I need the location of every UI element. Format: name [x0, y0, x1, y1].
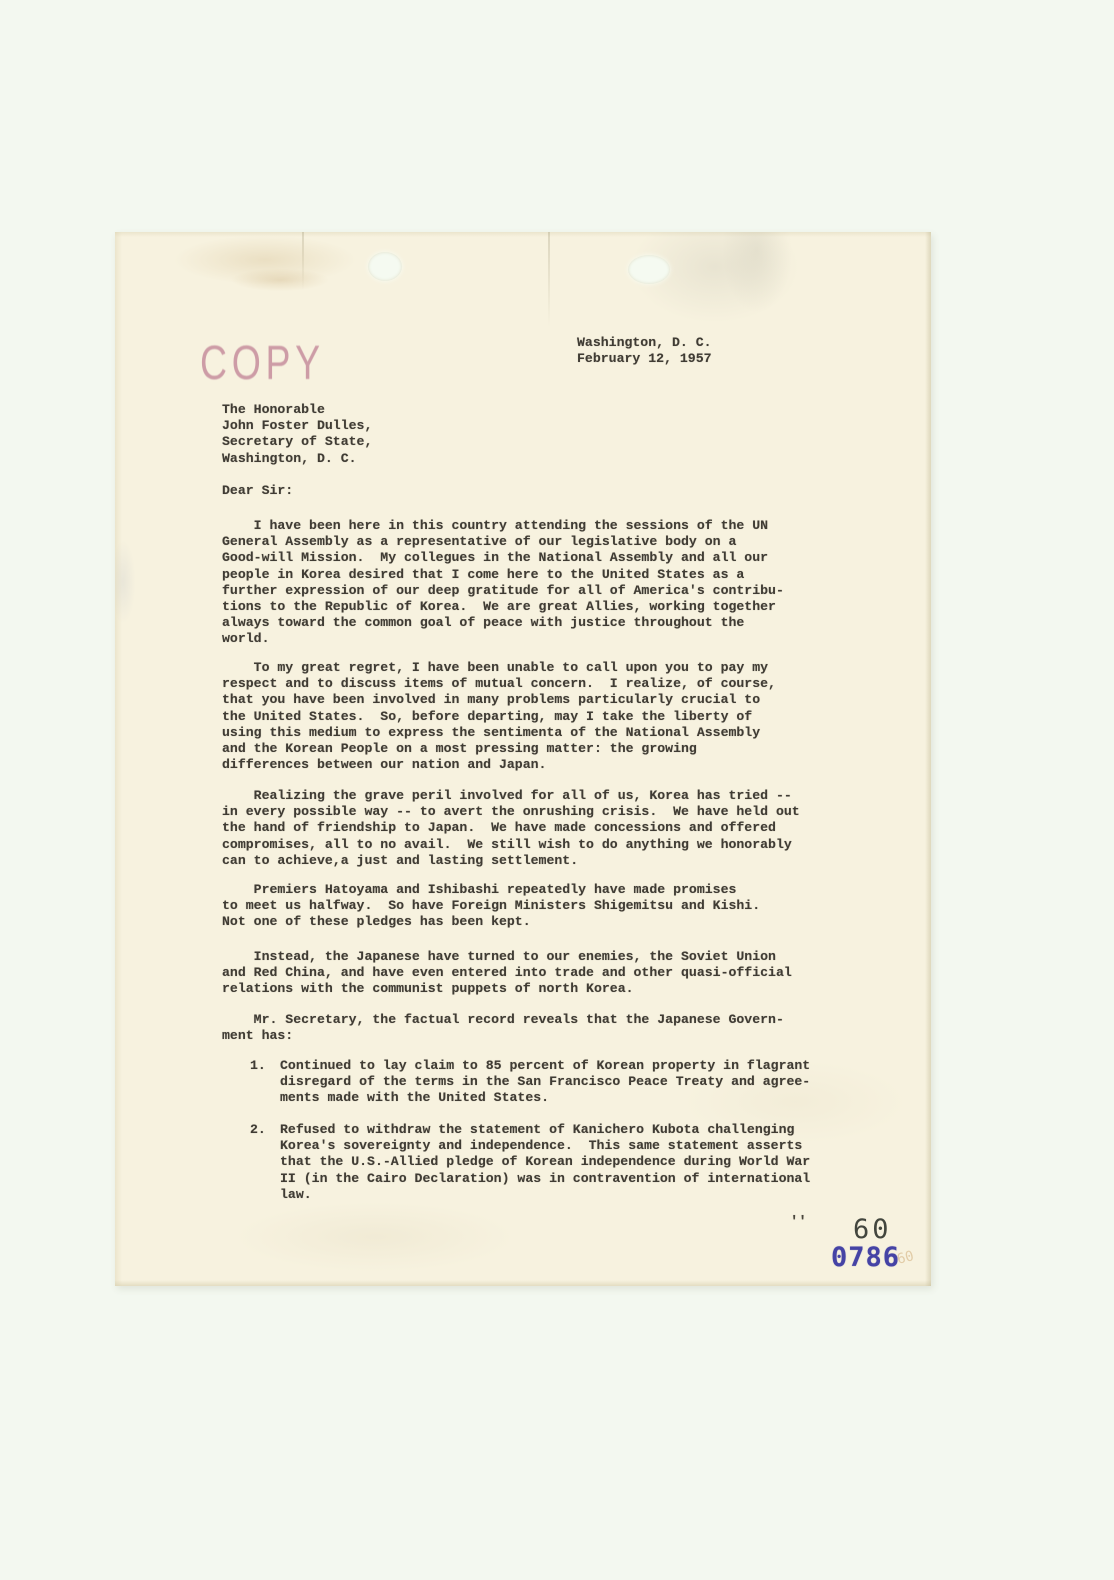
letter-page: COPY Washington, D. C. February 12, 1957…	[115, 232, 931, 1286]
copy-stamp: COPY	[200, 336, 325, 391]
archive-stamp-number: 0786	[831, 1242, 900, 1273]
list-item-2-text: Refused to withdraw the statement of Kan…	[280, 1122, 810, 1203]
ghost-number: 60	[895, 1248, 915, 1268]
list-item-1-number: 1.	[250, 1058, 266, 1074]
punch-hole-right	[628, 255, 670, 284]
list-item-1-text: Continued to lay claim to 85 percent of …	[280, 1058, 810, 1107]
scan-background: COPY Washington, D. C. February 12, 1957…	[0, 0, 1114, 1580]
dateline: Washington, D. C. February 12, 1957	[577, 335, 712, 367]
list-item-1: 1. Continued to lay claim to 85 percent …	[250, 1058, 870, 1074]
paragraph-2: To my great regret, I have been unable t…	[222, 660, 776, 773]
salutation: Dear Sir:	[222, 483, 293, 499]
list-item-2-number: 2.	[250, 1122, 266, 1138]
paragraph-4: Premiers Hatoyama and Ishibashi repeated…	[222, 882, 760, 931]
recipient-address: The Honorable John Foster Dulles, Secret…	[222, 402, 372, 467]
paragraph-5: Instead, the Japanese have turned to our…	[222, 949, 792, 998]
paper-crease	[548, 232, 550, 327]
paragraph-3: Realizing the grave peril involved for a…	[222, 788, 800, 869]
paragraph-6: Mr. Secretary, the factual record reveal…	[222, 1012, 784, 1044]
paper-crease	[302, 232, 304, 290]
list-item-2: 2. Refused to withdraw the statement of …	[250, 1122, 870, 1138]
place-line: Washington, D. C.	[577, 335, 712, 351]
page-number: 60	[853, 1214, 892, 1245]
punch-hole-left	[368, 252, 402, 281]
date-line: February 12, 1957	[577, 351, 712, 367]
pen-tick-mark: ''	[790, 1214, 807, 1230]
paragraph-1: I have been here in this country attendi…	[222, 518, 784, 648]
